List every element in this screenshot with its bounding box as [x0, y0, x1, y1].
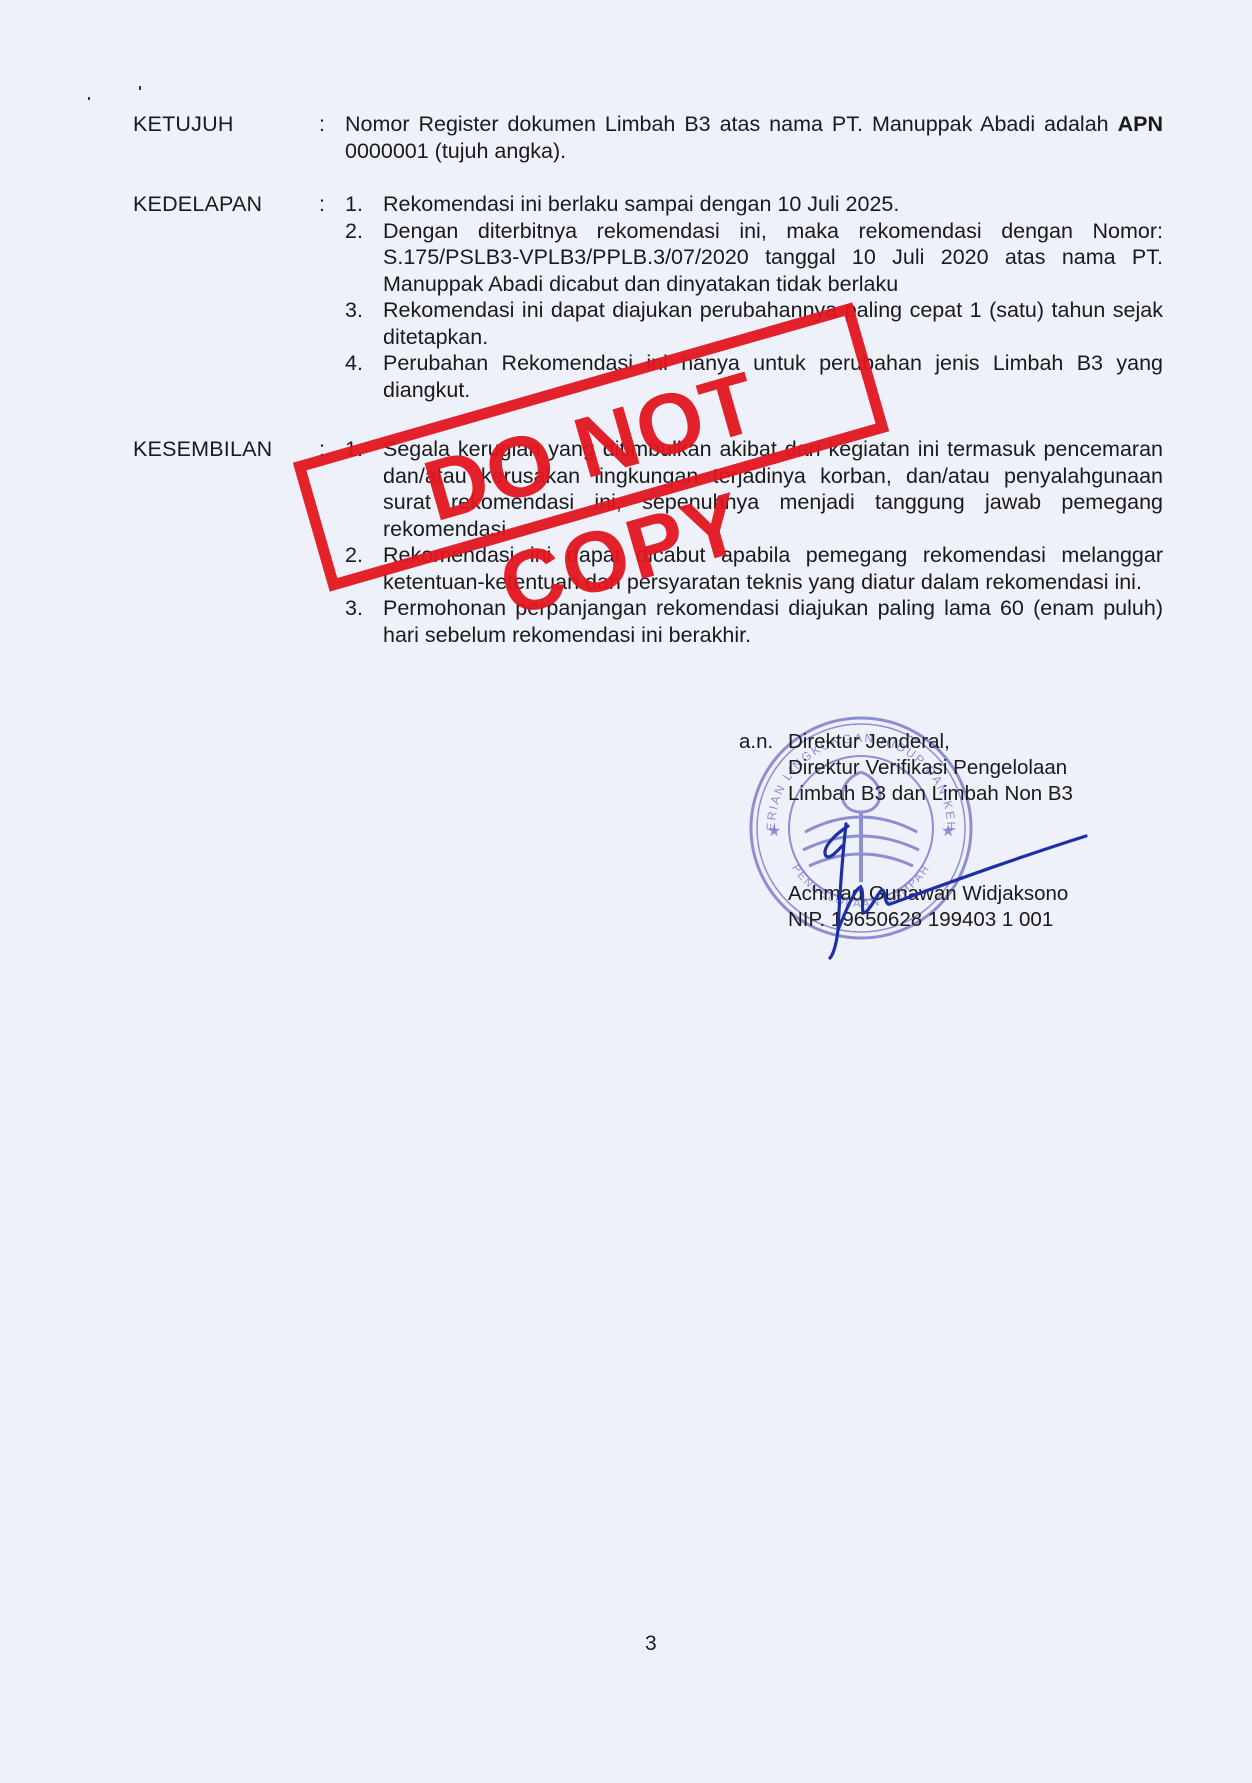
title-line: Limbah B3 dan Limbah Non B3 — [788, 781, 1073, 807]
signatory-name: Achmad Gunawan Widjaksono — [788, 881, 1068, 907]
section-content: Nomor Register dokumen Limbah B3 atas na… — [345, 111, 1163, 164]
title-line: Direktur Jenderal, — [788, 729, 1073, 755]
list-item: 1.Segala kerugian yang ditimbulkan akiba… — [345, 436, 1163, 542]
colon: : — [319, 191, 325, 218]
section-content: 1.Segala kerugian yang ditimbulkan akiba… — [345, 436, 1163, 648]
item-number: 1. — [345, 191, 363, 218]
page-number: 3 — [645, 1632, 657, 1656]
on-behalf-of: a.n. — [739, 729, 773, 755]
item-text: Rekomendasi ini dapat dicabut apabila pe… — [383, 543, 1163, 594]
item-text: Rekomendasi ini dapat diajukan perubahan… — [383, 298, 1163, 349]
list-item: 1.Rekomendasi ini berlaku sampai dengan … — [345, 191, 1163, 218]
item-number: 2. — [345, 218, 363, 245]
list-item: 4.Perubahan Rekomendasi ini hanya untuk … — [345, 350, 1163, 403]
list-item: 3.Permohonan perpanjangan rekomendasi di… — [345, 595, 1163, 648]
list-item: 3.Rekomendasi ini dapat diajukan perubah… — [345, 297, 1163, 350]
colon: : — [319, 111, 325, 138]
colon: : — [319, 436, 325, 463]
signatory-nip: NIP. 19650628 199403 1 001 — [788, 907, 1053, 933]
register-number: 0000001 (tujuh angka). — [345, 139, 566, 163]
item-number: 3. — [345, 595, 363, 622]
signatory-title: Direktur Jenderal, Direktur Verifikasi P… — [788, 729, 1073, 807]
title-line: Direktur Verifikasi Pengelolaan — [788, 755, 1073, 781]
section-content: 1.Rekomendasi ini berlaku sampai dengan … — [345, 191, 1163, 403]
item-number: 3. — [345, 297, 363, 324]
item-number: 2. — [345, 542, 363, 569]
svg-text:★: ★ — [941, 823, 955, 840]
item-text: Perubahan Rekomendasi ini hanya untuk pe… — [383, 351, 1163, 402]
item-number: 4. — [345, 350, 363, 377]
item-text: Dengan diterbitnya rekomendasi ini, maka… — [383, 219, 1163, 296]
scan-speck — [88, 97, 90, 100]
item-text: Segala kerugian yang ditimbulkan akibat … — [383, 437, 1163, 541]
register-prefix: APN — [1118, 112, 1163, 136]
section-label: KESEMBILAN — [133, 436, 313, 463]
item-text: Rekomendasi ini berlaku sampai dengan 10… — [383, 192, 899, 216]
list-item: 2.Rekomendasi ini dapat dicabut apabila … — [345, 542, 1163, 595]
item-number: 1. — [345, 436, 363, 463]
register-text: Nomor Register dokumen Limbah B3 atas na… — [345, 112, 1109, 136]
svg-text:★: ★ — [767, 823, 781, 840]
section-label: KETUJUH — [133, 111, 313, 138]
item-text: Permohonan perpanjangan rekomendasi diaj… — [383, 596, 1163, 647]
scan-speck — [139, 86, 141, 90]
section-label: KEDELAPAN — [133, 191, 313, 218]
list-item: 2.Dengan diterbitnya rekomendasi ini, ma… — [345, 218, 1163, 298]
document-page: KETUJUH : Nomor Register dokumen Limbah … — [0, 0, 1252, 1783]
